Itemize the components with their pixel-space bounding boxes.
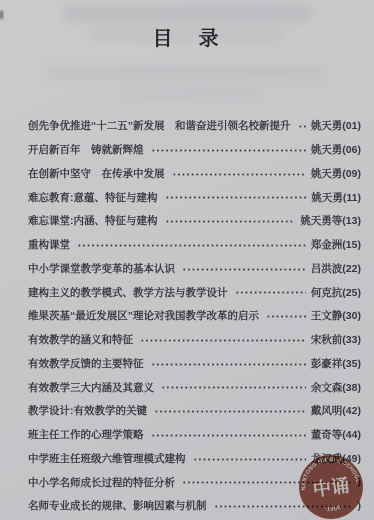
dot-leader — [165, 192, 307, 202]
entry-author-page: 余文森(38) — [311, 380, 361, 395]
dot-leader — [193, 453, 306, 463]
toc-entry: 中小学课堂教学变革的基本认识 吕洪波(22) — [28, 257, 361, 281]
entry-title: 在创新中坚守 在传承中发展 — [28, 166, 165, 181]
entry-title: 有效教学三大内涵及其意义 — [28, 380, 154, 395]
entry-title: 中小学名师成长过程的特征分析 — [28, 475, 175, 490]
dot-leader — [165, 216, 296, 226]
entry-title: 中学班主任班级六维管理模式建构 — [28, 451, 186, 466]
showthrough-ghost — [64, 6, 310, 21]
scan-edge-mark — [0, 11, 3, 19]
dot-leader — [151, 145, 306, 155]
entry-author-page: 吕洪波(22) — [311, 261, 361, 276]
entry-title: 开启新百年 铸就新辉煌 — [28, 142, 144, 157]
dot-leader — [235, 287, 306, 297]
dot-leader — [161, 382, 306, 392]
dot-leader — [266, 311, 306, 321]
entry-author-page: 郑金洲(15) — [311, 237, 361, 252]
entry-title: 有效教学反馈的主要特征 — [28, 356, 144, 371]
toc-entry: 班主任工作的心理学策略 董奇等(44) — [28, 423, 361, 447]
entry-author-page: 彭豪祥(35) — [311, 356, 361, 371]
entry-title: 难忘教育:意蕴、特征与建构 — [28, 190, 158, 205]
toc-entry: 维果茨基“最近发展区”理论对我国教学改革的启示 王文静(30) — [28, 304, 361, 328]
entry-title: 维果茨基“最近发展区”理论对我国教学改革的启示 — [28, 308, 259, 323]
toc-entry: 重构课堂 郑金洲(15) — [28, 233, 361, 257]
entry-title: 班主任工作的心理学策略 — [28, 427, 144, 442]
dot-leader — [172, 168, 306, 178]
entry-title: 有效教学的涵义和特征 — [28, 332, 133, 347]
entry-author-page: 姚天勇(01) — [311, 118, 361, 133]
toc-entry: 有效教学反馈的主要特征 彭豪祥(35) — [28, 352, 361, 376]
school-seal-stamp: NANTONG MIDDLE SCHOOL ·1909· 中诵 — [293, 449, 370, 520]
entry-author-page: 戴风明(42) — [311, 403, 361, 418]
entry-title: 建构主义的教学模式、教学方法与教学设计 — [28, 285, 228, 300]
entry-author-page: 姚天勇(09) — [311, 166, 361, 181]
entry-title: 名师专业成长的规律、影响因素与机制 — [28, 498, 207, 513]
entry-author-page: 姚天勇(06) — [311, 142, 361, 157]
entry-title: 中小学课堂教学变革的基本认识 — [28, 261, 175, 276]
dot-leader — [154, 406, 306, 416]
toc-entry: 建构主义的教学模式、教学方法与教学设计 何克抗(25) — [28, 280, 361, 304]
dot-leader — [151, 430, 306, 440]
entry-author-page: 宋秋前(33) — [311, 332, 361, 347]
entry-author-page: 姚天勇等(13) — [300, 213, 361, 228]
entry-title: 难忘课堂:内涵、特征与建构 — [28, 213, 158, 228]
showthrough-ghost — [46, 66, 326, 79]
entry-author-page: 王文静(30) — [311, 308, 361, 323]
page-title: 目 录 — [0, 22, 374, 51]
toc-entry: 难忘课堂:内涵、特征与建构 姚天勇等(13) — [28, 209, 361, 233]
toc-entry: 创先争优推进“十二五”新发展 和谐奋进引领名校新提升 姚天勇(01) — [28, 114, 361, 138]
entry-title: 重构课堂 — [28, 237, 70, 252]
toc-entry: 在创新中坚守 在传承中发展 姚天勇(09) — [28, 162, 361, 186]
entry-author-page: 董奇等(44) — [311, 427, 361, 442]
toc-entry: 有效教学的涵义和特征 宋秋前(33) — [28, 328, 361, 352]
toc-entry: 有效教学三大内涵及其意义 余文森(38) — [28, 375, 361, 399]
dot-leader — [140, 335, 306, 345]
toc-entry: 难忘教育:意蕴、特征与建构 姚天勇(11) — [28, 185, 361, 209]
entry-title: 教学设计:有效教学的关键 — [28, 403, 147, 418]
dot-leader — [77, 240, 306, 250]
dot-leader — [182, 263, 306, 273]
toc-entry: 教学设计:有效教学的关键 戴风明(42) — [28, 399, 361, 423]
showthrough-ghost — [120, 88, 260, 99]
entry-author-page: 何克抗(25) — [311, 285, 361, 300]
dot-leader — [151, 358, 306, 368]
entry-title: 创先争优推进“十二五”新发展 和谐奋进引领名校新提升 — [28, 118, 291, 133]
toc-entry: 开启新百年 铸就新辉煌 姚天勇(06) — [28, 138, 361, 162]
dot-leader — [298, 121, 306, 131]
entry-author-page: 姚天勇(11) — [311, 190, 361, 205]
toc-page: 目 录 创先争优推进“十二五”新发展 和谐奋进引领名校新提升 姚天勇(01) 开… — [0, 0, 374, 520]
